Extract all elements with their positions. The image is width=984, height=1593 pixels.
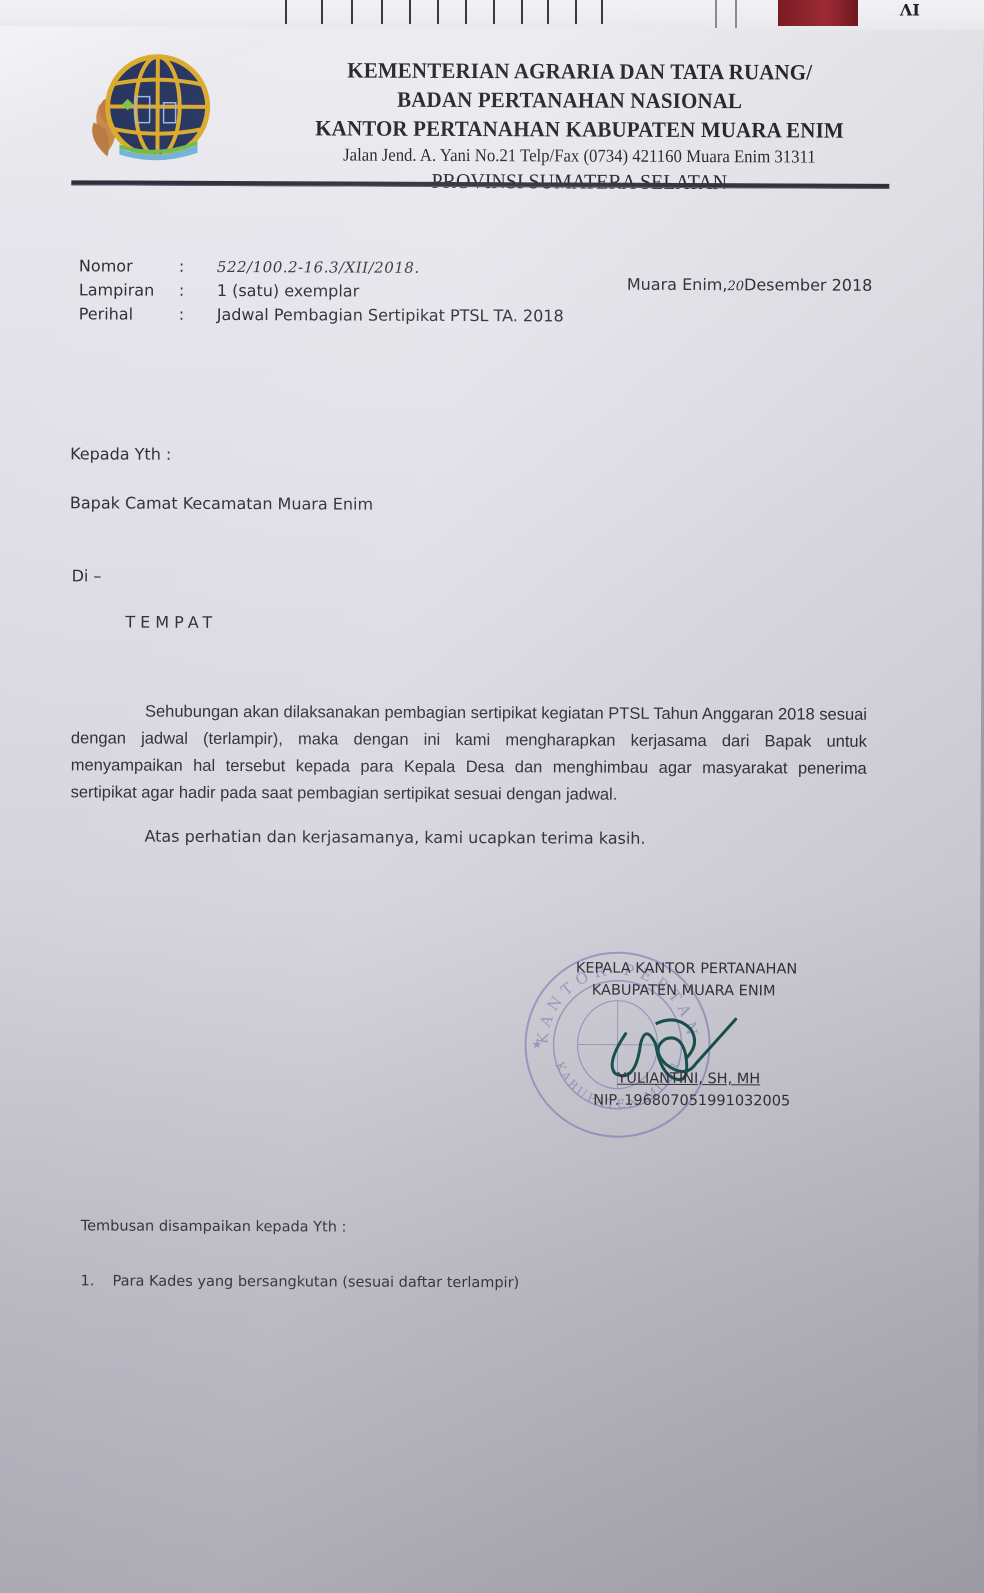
svg-text:★: ★ [532, 1037, 543, 1051]
perihal-label: Perihal [79, 302, 179, 326]
recipient-di: Di – [72, 566, 102, 585]
signatory-title-line1: KEPALA KANTOR PERTANAHAN [576, 958, 797, 981]
date-day: 20 [727, 279, 744, 294]
cc-item-number: 1. [80, 1273, 112, 1289]
signatory-title-line2: KABUPATEN MUARA ENIM [592, 980, 797, 1003]
letter-page: KEMENTERIAN AGRARIA DAN TATA RUANG/ BADA… [0, 26, 984, 1593]
date-month-year: Desember 2018 [744, 275, 872, 295]
red-object [778, 0, 858, 26]
recipient-tempat: TEMPAT [125, 613, 217, 632]
signature-block: KEPALA KANTOR PERTANAHAN KABUPATEN MUARA… [575, 958, 797, 1113]
nomor-value: 522/100.2-16.3/XII/2018. [217, 255, 420, 280]
ruled-tick-marks [285, 0, 625, 24]
colon: : [179, 279, 217, 303]
body-paragraph: Sehubungan akan dilaksanakan pembagian s… [71, 698, 867, 809]
perihal-value: Jadwal Pembagian Sertipikat PTSL TA. 201… [217, 303, 564, 329]
meta-row-perihal: Perihal : Jadwal Pembagian Sertipikat PT… [79, 302, 564, 328]
cc-list-item: 1.Para Kades yang bersangkutan (sesuai d… [80, 1273, 519, 1291]
lampiran-label: Lampiran [79, 278, 179, 302]
letter-date: Muara Enim,20Desember 2018 [627, 275, 873, 295]
corner-mark: IV [900, 0, 920, 19]
colon: : [179, 303, 217, 327]
date-place: Muara Enim, [627, 275, 728, 294]
signatory-name: YULIANTINI, SH, MH [617, 1068, 796, 1091]
colon: : [179, 255, 217, 279]
nomor-label: Nomor [79, 254, 179, 278]
agency-name: BADAN PERTANAHAN NASIONAL [256, 84, 883, 116]
background-lines [715, 0, 737, 28]
recipient-label: Kepada Yth : [70, 444, 171, 463]
meta-row-nomor: Nomor : 522/100.2-16.3/XII/2018. [79, 254, 564, 280]
bpn-logo-icon [79, 44, 220, 165]
office-name: KANTOR PERTANAHAN KABUPATEN MUARA ENIM [275, 113, 883, 145]
meta-row-lampiran: Lampiran : 1 (satu) exemplar [79, 278, 564, 304]
cc-label: Tembusan disampaikan kepada Yth : [81, 1218, 347, 1235]
letter-body: Sehubungan akan dilaksanakan pembagian s… [71, 698, 867, 809]
signatory-nip: NIP. 196807051991032005 [593, 1090, 796, 1113]
ministry-name: KEMENTERIAN AGRARIA DAN TATA RUANG/ [276, 55, 884, 87]
cc-item-text: Para Kades yang bersangkutan (sesuai daf… [112, 1274, 519, 1292]
office-address: Jalan Jend. A. Yani No.21 Telp/Fax (0734… [282, 142, 877, 169]
closing-sentence: Atas perhatian dan kerjasamanya, kami uc… [144, 827, 645, 848]
letter-meta: Nomor : 522/100.2-16.3/XII/2018. Lampira… [79, 254, 564, 328]
letterhead: KEMENTERIAN AGRARIA DAN TATA RUANG/ BADA… [259, 55, 900, 197]
recipient-addressee: Bapak Camat Kecamatan Muara Enim [70, 493, 373, 513]
lampiran-value: 1 (satu) exemplar [217, 279, 359, 304]
